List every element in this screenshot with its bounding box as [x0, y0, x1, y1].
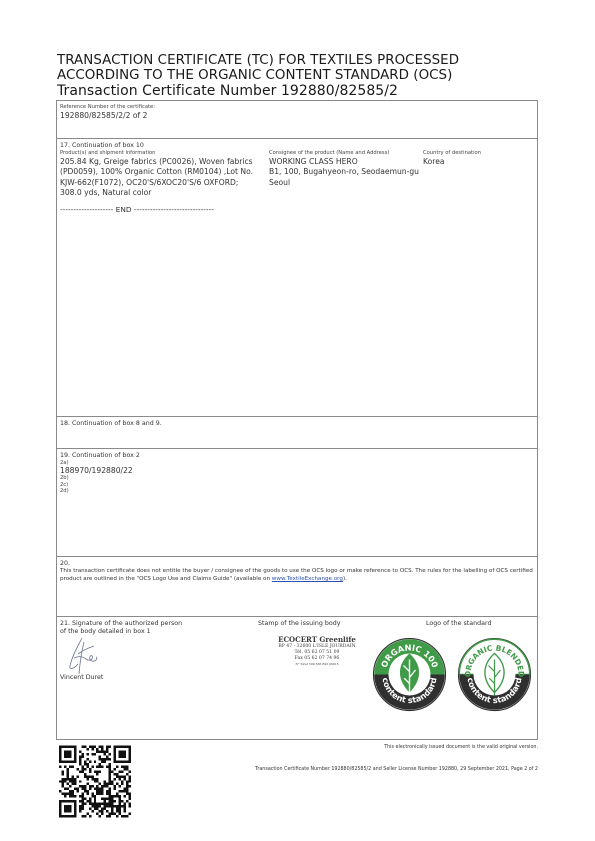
country-value: Korea [423, 157, 523, 167]
logo-label-wrap: Logo of the standard [426, 620, 491, 628]
products-label: Product(s) and shipment information [60, 150, 260, 157]
notice-text-end: ). [343, 576, 347, 582]
stamp-label: Stamp of the issuing body [258, 620, 340, 628]
signature-title-line2: of the body detailed in box 1 [60, 628, 182, 636]
box-19-continuation-box-2: 19. Continuation of box 2 2a) 188970/192… [57, 449, 537, 557]
box-20-logo-usage-notice: 20. This transaction certificate does no… [57, 557, 537, 617]
box-17-continuation-box-10: 17. Continuation of box 10 Product(s) an… [57, 139, 537, 417]
box-19-title: 19. Continuation of box 2 [60, 452, 534, 460]
box-18-continuation-box-8-9: 18. Continuation of box 8 and 9. [57, 417, 537, 449]
signature-title-line1: 21. Signature of the authorized person [60, 620, 182, 628]
reference-value: 192880/82585/2/2 of 2 [60, 111, 534, 121]
signature-icon [64, 636, 114, 676]
title-line-3: Transaction Certificate Number 192880/82… [57, 83, 459, 99]
ocs-blended-logo-icon: ORGANIC BLENDED content standard [457, 637, 532, 712]
box-18-title: 18. Continuation of box 8 and 9. [60, 420, 534, 428]
title-line-1: TRANSACTION CERTIFICATE (TC) FOR TEXTILE… [57, 53, 459, 68]
consignee-label: Consignee of the product (Name and Addre… [269, 150, 419, 157]
logo-label: Logo of the standard [426, 620, 491, 628]
item-value: 188970/192880/22 [60, 467, 534, 475]
box-19-item-2b: 2b) [60, 475, 534, 482]
page-info: Transaction Certificate Number 192880/82… [255, 767, 538, 772]
box-19-item-2a: 2a) 188970/192880/22 [60, 460, 534, 475]
country-column: Country of destination Korea [423, 150, 523, 167]
ocs-100-logo-icon: ORGANIC 100 content standard [372, 637, 447, 712]
consignee-address-line1: B1, 100, Bugahyeon-ro, Seodaemun-gu [269, 167, 419, 177]
end-marker: -------------------- END ---------------… [60, 205, 260, 214]
products-value: 205.84 Kg, Greige fabrics (PC0026), Wove… [60, 157, 260, 199]
products-column: 17. Continuation of box 10 Product(s) an… [60, 142, 260, 214]
box-19-item-2c: 2c) [60, 482, 534, 489]
stamp-name: ECOCERT Greenlife [271, 635, 363, 644]
box-17-title: 17. Continuation of box 10 [60, 142, 260, 150]
validity-note: This electronically issued document is t… [384, 745, 538, 750]
certificate-title: TRANSACTION CERTIFICATE (TC) FOR TEXTILE… [57, 53, 459, 99]
consignee-name: WORKING CLASS HERO [269, 157, 419, 167]
title-line-2: ACCORDING TO THE ORGANIC CONTENT STANDAR… [57, 68, 459, 83]
box-19-item-2d: 2d) [60, 488, 534, 495]
country-label: Country of destination [423, 150, 523, 157]
signatory-name: Vincent Duret [60, 673, 182, 683]
issuing-body-stamp: ECOCERT Greenlife BP 47 - 32600 L'ISLE J… [271, 635, 363, 666]
logo-usage-text: This transaction certificate does not en… [60, 568, 534, 584]
consignee-address-line2: Seoul [269, 178, 419, 188]
textile-exchange-link[interactable]: www.TextileExchange.org [272, 576, 343, 582]
box-21-signature: 21. Signature of the authorized person o… [57, 617, 537, 739]
signature-column: 21. Signature of the authorized person o… [60, 620, 182, 683]
certificate-frame: Reference Number of the certificate: 192… [56, 100, 538, 740]
consignee-column: Consignee of the product (Name and Addre… [269, 150, 419, 188]
stamp-label-wrap: Stamp of the issuing body [258, 620, 340, 628]
qr-code-icon[interactable] [59, 745, 131, 818]
box-20-title: 20. [60, 560, 534, 568]
stamp-siret: N° Siret 509 536 893 00015 [271, 662, 363, 666]
reference-box: Reference Number of the certificate: 192… [57, 101, 537, 139]
reference-label: Reference Number of the certificate: [60, 104, 534, 111]
